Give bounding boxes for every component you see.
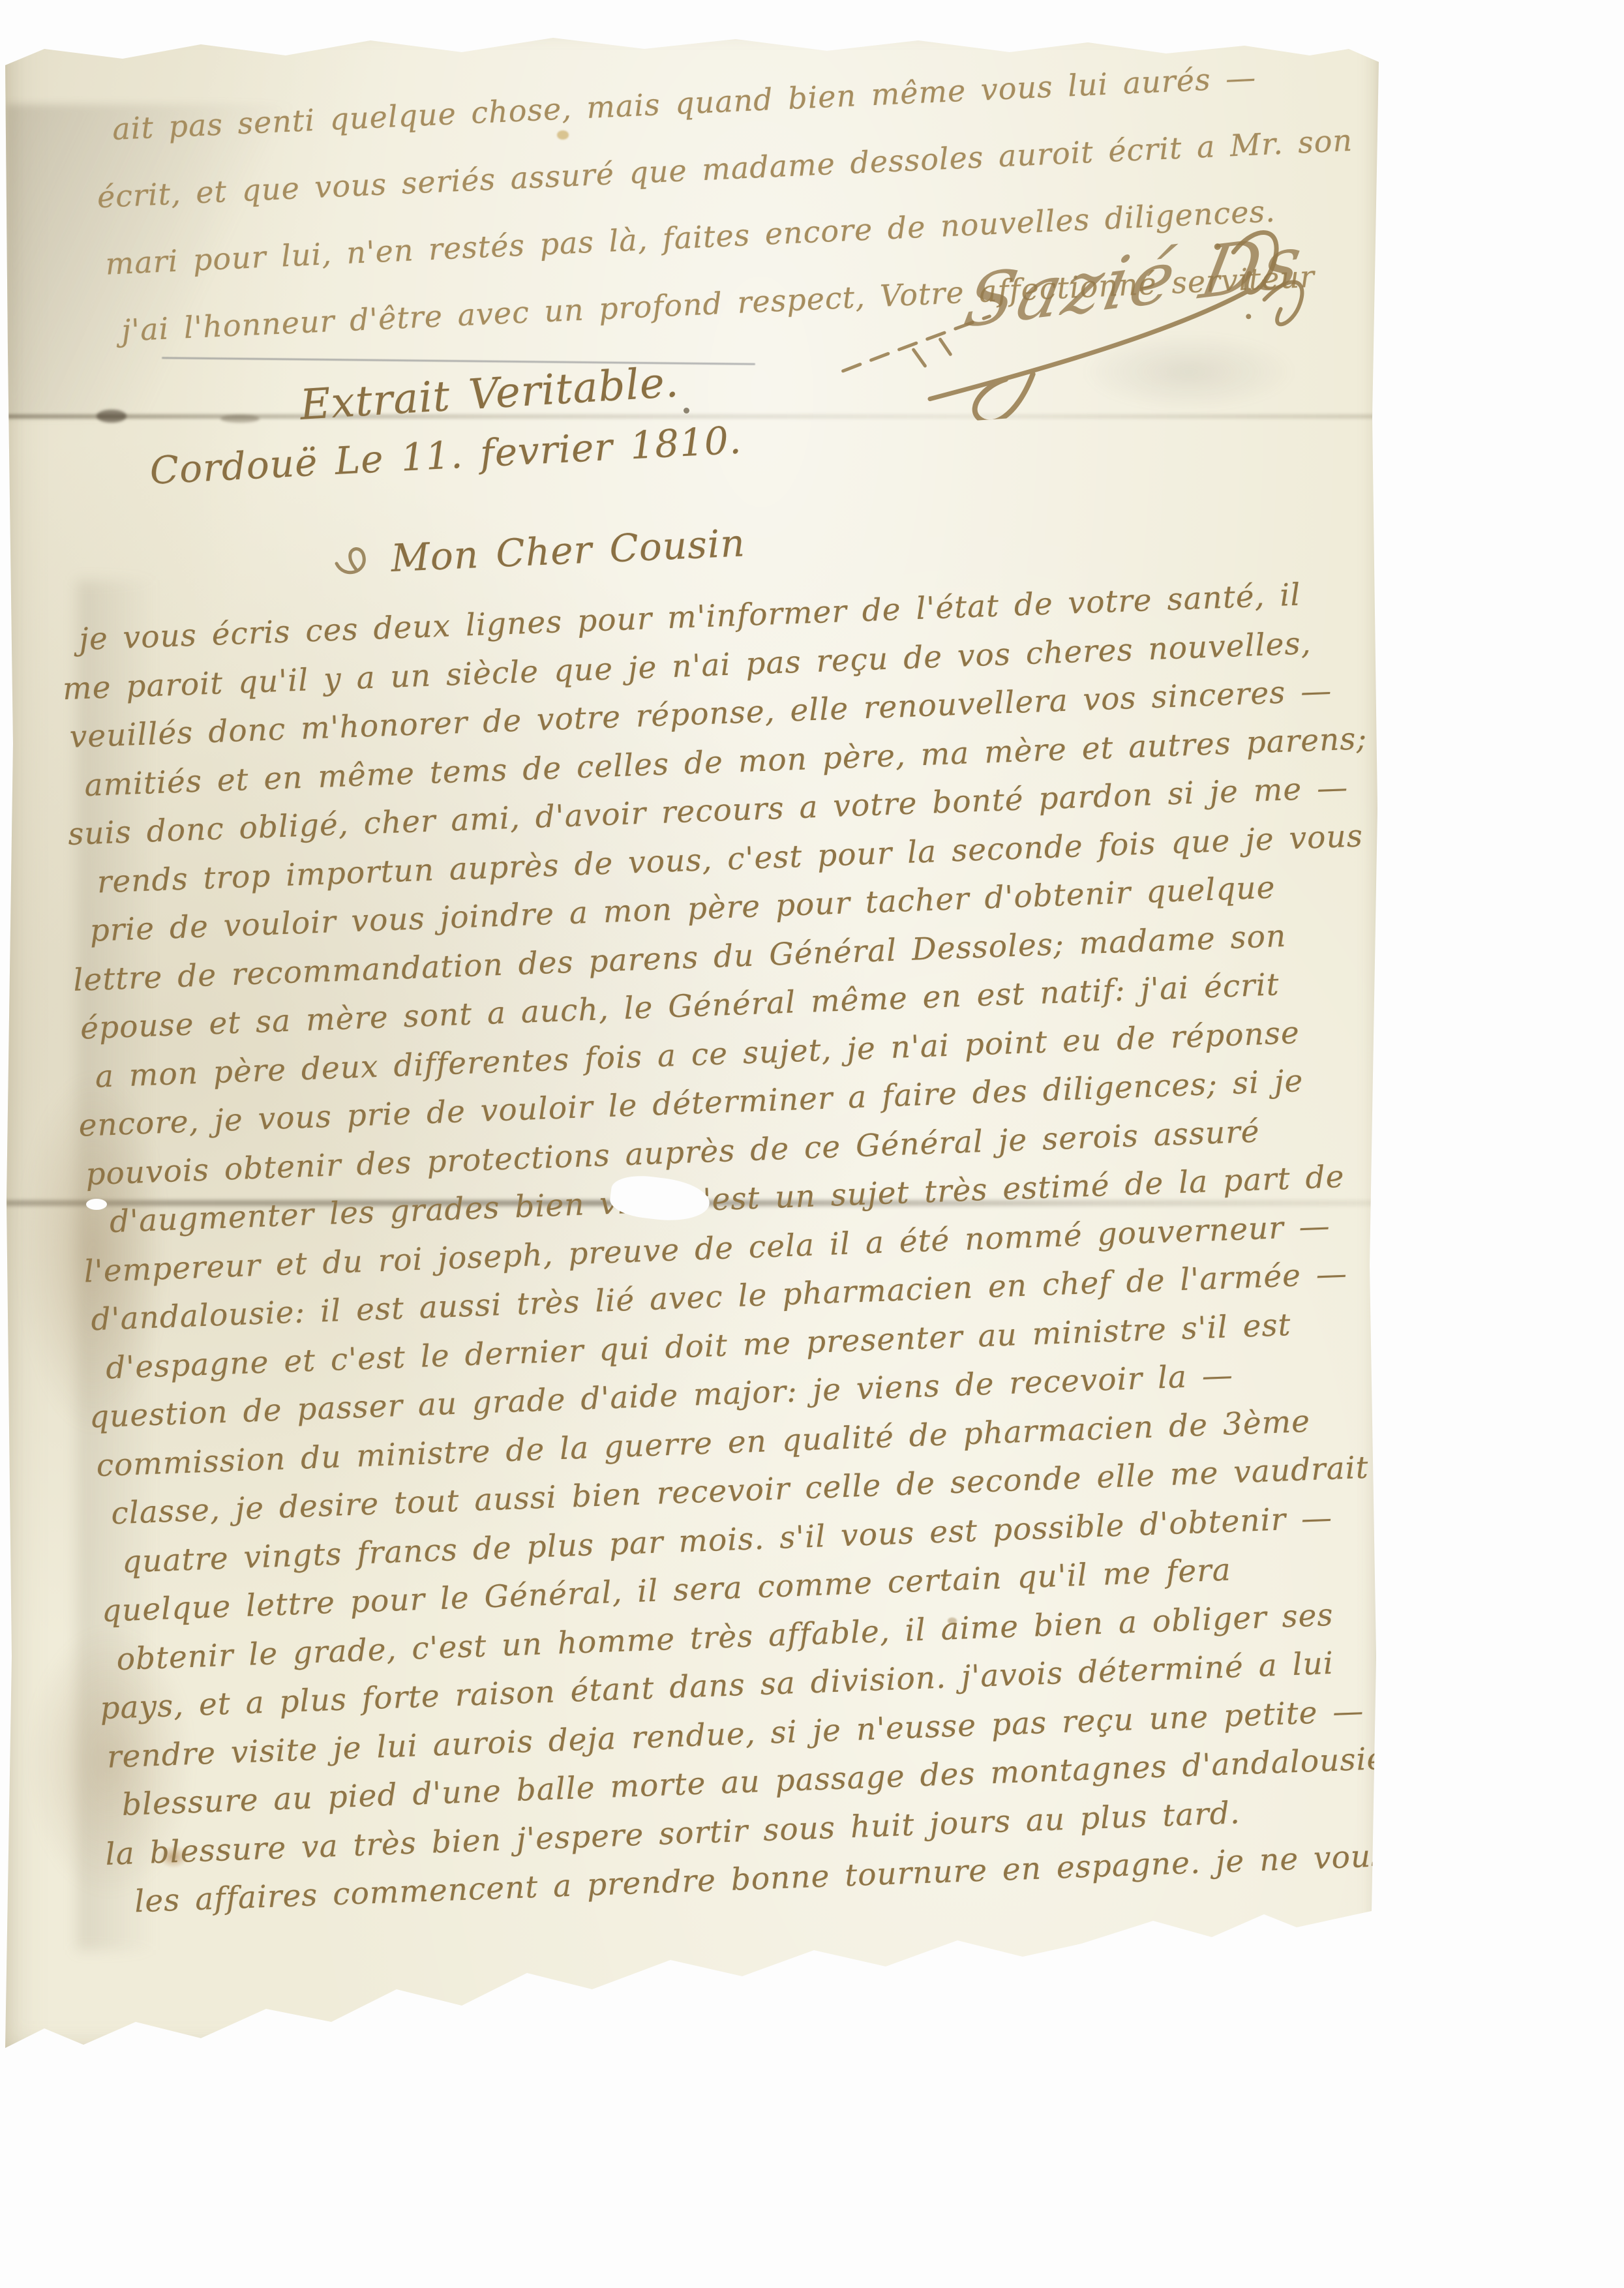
- horizontal-crease-upper: [5, 414, 1379, 419]
- salutation: Mon Cher Cousin: [390, 520, 746, 580]
- extract-heading: Extrait Veritable.: [299, 358, 680, 429]
- smudge: [1081, 333, 1297, 411]
- scanned-letter-page: ait pas senti quelque chose, mais quand …: [0, 0, 1624, 2288]
- place-date-line: Cordouë Le 11. fevrier 1810.: [149, 417, 743, 492]
- salutation-flourish-icon: [330, 540, 376, 586]
- foxing-spot: [684, 408, 689, 414]
- letter-paper: ait pas senti quelque chose, mais quand …: [5, 26, 1379, 2058]
- letter-fragment-paragraph: ait pas senti quelque chose, mais quand …: [98, 40, 1361, 365]
- letter-body-paragraph: je vous écris ces deux lignes pour m'inf…: [65, 567, 1453, 1927]
- ink-blotch: [220, 415, 260, 423]
- ink-blotch: [97, 410, 127, 423]
